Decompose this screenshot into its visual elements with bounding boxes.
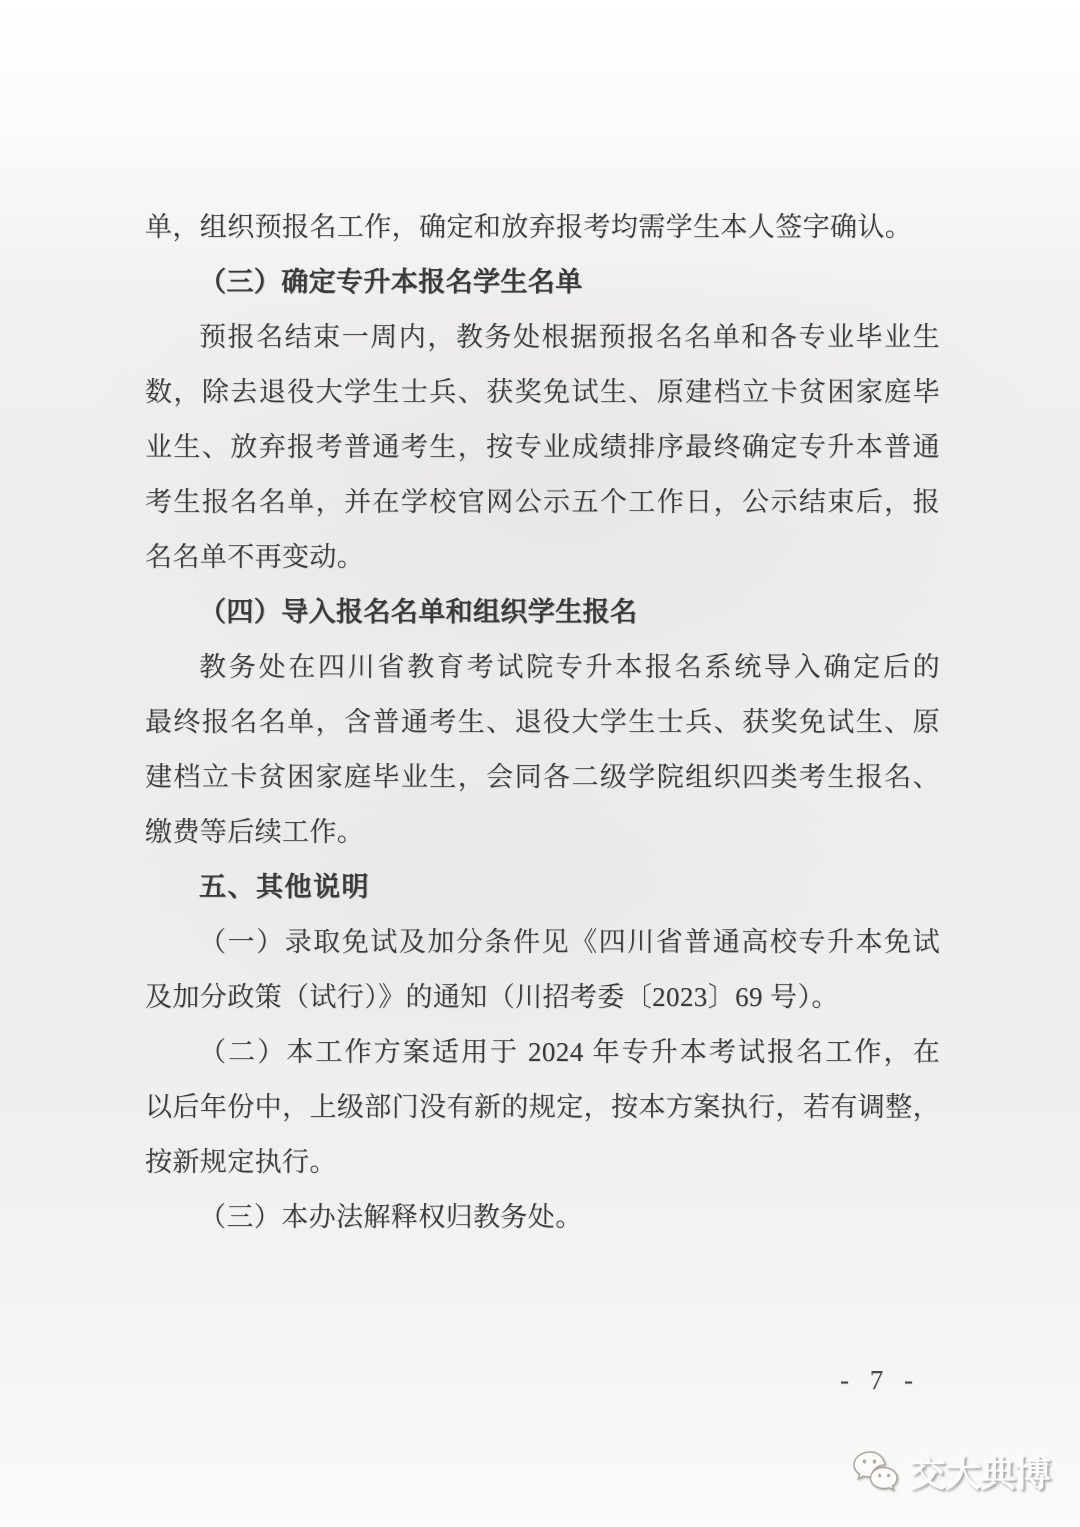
wechat-icon bbox=[849, 1449, 901, 1495]
text-line: 业生、放弃报考普通考生，按专业成绩排序最终确定专升本普通 bbox=[145, 420, 940, 475]
page-number: - 7 - bbox=[840, 1356, 920, 1404]
text-line: 单，组织预报名工作，确定和放弃报考均需学生本人签字确认。 bbox=[145, 200, 940, 255]
text-line: 考生报名名单，并在学校官网公示五个工作日，公示结束后，报 bbox=[145, 475, 940, 530]
document-page: 单，组织预报名工作，确定和放弃报考均需学生本人签字确认。（三）确定专升本报名学生… bbox=[0, 0, 1080, 1527]
text-line: 数，除去退役大学生士兵、获奖免试生、原建档立卡贫困家庭毕 bbox=[145, 365, 940, 420]
text-line: （一）录取免试及加分条件见《四川省普通高校专升本免试 bbox=[145, 915, 940, 970]
text-line: 按新规定执行。 bbox=[145, 1135, 940, 1190]
watermark: 交大典博 bbox=[849, 1446, 1050, 1497]
heading-line: （四）导入报名名单和组织学生报名 bbox=[145, 585, 940, 640]
text-line: 教务处在四川省教育考试院专升本报名系统导入确定后的 bbox=[145, 640, 940, 695]
text-line: （三）本办法解释权归教务处。 bbox=[145, 1190, 940, 1245]
watermark-text: 交大典博 bbox=[910, 1446, 1050, 1497]
text-line: 建档立卡贫困家庭毕业生，会同各二级学院组织四类考生报名、 bbox=[145, 750, 940, 805]
text-line: 缴费等后续工作。 bbox=[145, 805, 940, 860]
text-line: 最终报名名单，含普通考生、退役大学生士兵、获奖免试生、原 bbox=[145, 695, 940, 750]
text-line: 预报名结束一周内，教务处根据预报名名单和各专业毕业生 bbox=[145, 310, 940, 365]
document-text-block: 单，组织预报名工作，确定和放弃报考均需学生本人签字确认。（三）确定专升本报名学生… bbox=[145, 200, 940, 1245]
text-line: （二）本工作方案适用于 2024 年专升本考试报名工作，在 bbox=[145, 1025, 940, 1080]
heading-line: （三）确定专升本报名学生名单 bbox=[145, 255, 940, 310]
text-line: 以后年份中，上级部门没有新的规定，按本方案执行，若有调整， bbox=[145, 1080, 940, 1135]
heading-line: 五、其他说明 bbox=[145, 860, 940, 915]
text-line: 名名单不再变动。 bbox=[145, 530, 940, 585]
text-line: 及加分政策（试行）》的通知（川招考委〔2023〕69 号）。 bbox=[145, 970, 940, 1025]
